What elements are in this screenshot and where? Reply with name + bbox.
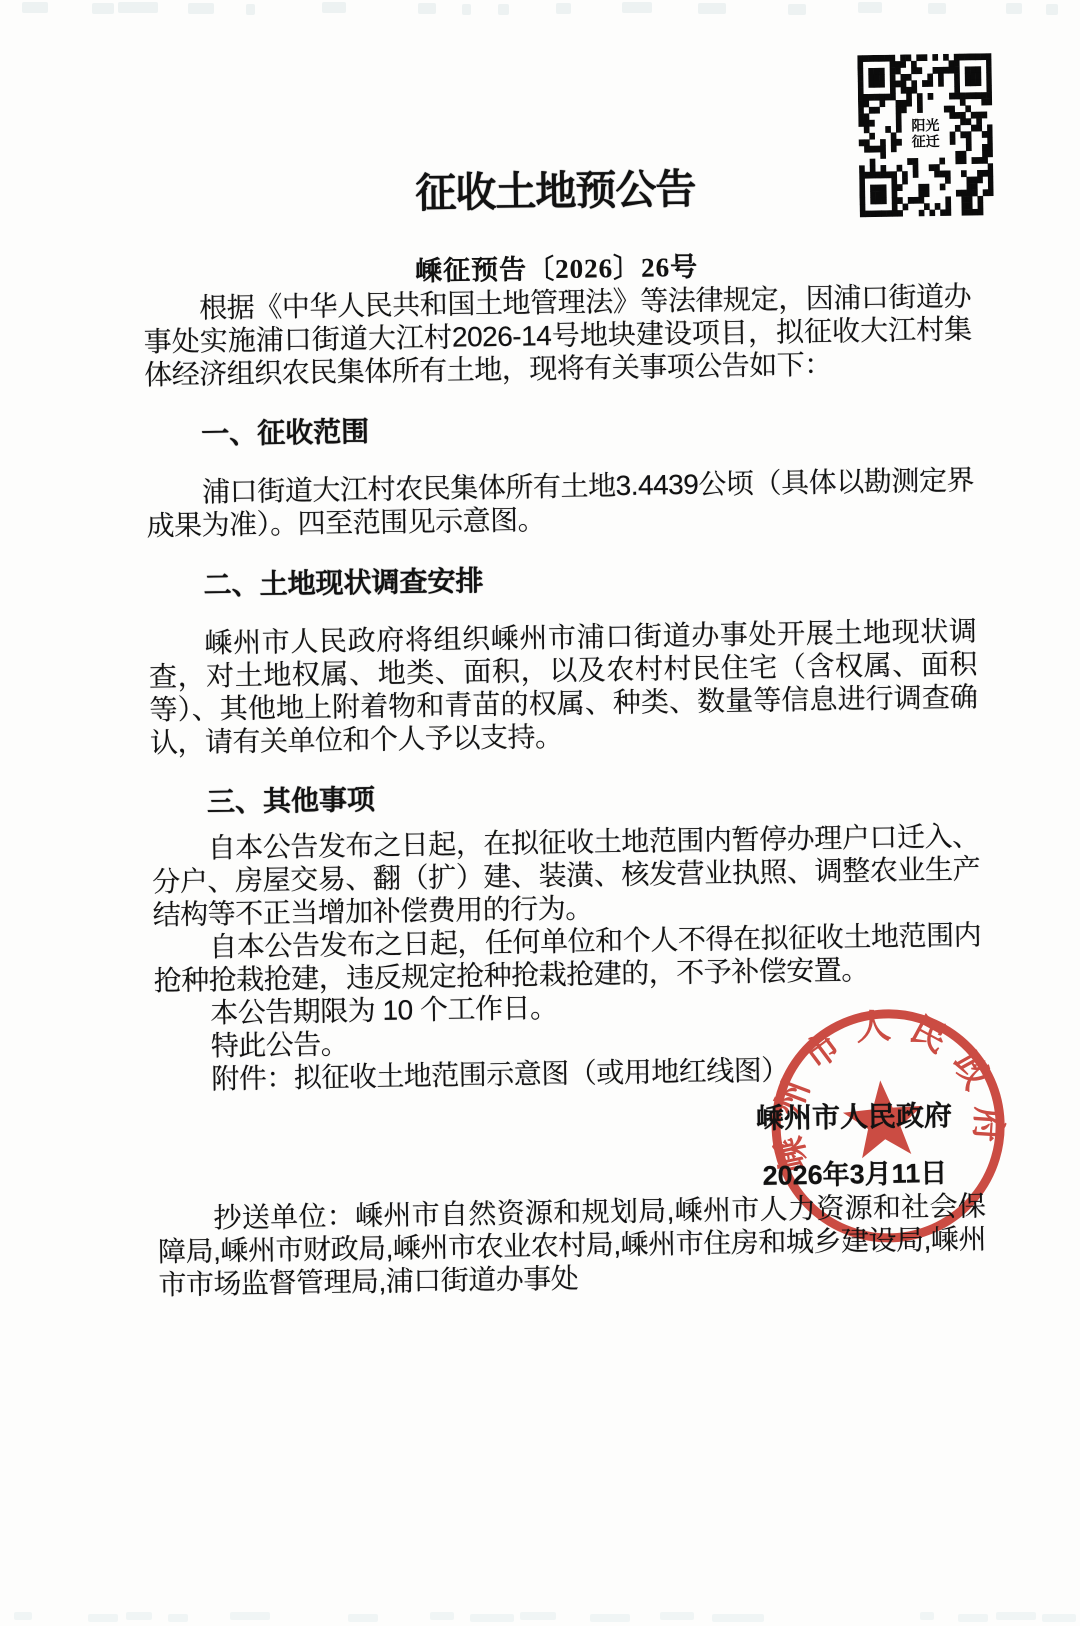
- scan-artifact: [14, 1612, 32, 1620]
- scan-artifact: [788, 4, 806, 15]
- scan-artifact: [1042, 1614, 1076, 1622]
- scan-artifact: [590, 1614, 630, 1622]
- scan-artifact: [712, 1614, 764, 1622]
- issuer-name: 嵊州市人民政府: [724, 1093, 985, 1137]
- scan-artifact: [520, 1612, 556, 1620]
- scan-artifact: [498, 4, 509, 15]
- document-title: 征收土地预公告: [141, 152, 970, 224]
- scan-artifact: [698, 3, 726, 14]
- scan-artifact: [430, 1612, 454, 1620]
- svg-text:征迁: 征迁: [912, 133, 940, 149]
- section-3-heading: 三、其他事项: [151, 773, 979, 819]
- scanned-announcement-page: 阳光征迁 征收土地预公告 嵊征预告〔2026〕26号 根据《中华人民共和国土地管…: [0, 0, 1080, 1626]
- scan-artifact: [22, 2, 48, 13]
- scan-artifact: [348, 1614, 378, 1622]
- scan-artifact: [660, 1612, 694, 1620]
- scan-artifact: [462, 4, 471, 15]
- issue-date: 2026年3月11日: [725, 1150, 986, 1193]
- scan-artifact: [928, 3, 946, 14]
- section-1-paragraph: 浦口街道大江村农民集体所有土地3.4439公顷（具体以勘测定界成果为准）。四至范…: [146, 463, 975, 542]
- scan-artifact: [168, 1614, 188, 1622]
- scan-artifact: [246, 4, 255, 15]
- scan-artifact: [1006, 3, 1022, 14]
- scan-artifact: [1046, 4, 1058, 15]
- section-2-heading: 二、土地现状调查安排: [147, 556, 975, 602]
- intro-paragraph: 根据《中华人民共和国土地管理法》等法律规定，因浦口街道办事处实施浦口街道大江村2…: [143, 280, 972, 392]
- cc-note: 抄送单位：嵊州市自然资源和规划局,嵊州市人力资源和社会保障局,嵊州市财政局,嵊州…: [157, 1189, 986, 1301]
- scan-artifact: [88, 1614, 118, 1622]
- section-2-paragraph: 嵊州市人民政府将组织嵊州市浦口街道办事处开展土地现状调查，对土地权属、地类、面积…: [148, 614, 978, 759]
- scan-artifact: [470, 1614, 514, 1622]
- qr-code: 阳光征迁: [857, 53, 994, 217]
- scan-artifact: [556, 3, 571, 14]
- svg-text:阳光: 阳光: [911, 117, 939, 133]
- scan-artifact: [418, 3, 436, 14]
- scan-artifact: [322, 2, 346, 13]
- signature-block: 嵊州市人民政府 2026年3月11日: [724, 1093, 985, 1193]
- scan-artifact: [126, 1612, 152, 1620]
- scan-artifact: [230, 1612, 270, 1620]
- scan-artifact: [958, 1614, 988, 1622]
- scan-artifact: [92, 3, 114, 14]
- section-3-paragraph-2: 自本公告发布之日起，任何单位和个人不得在拟征收土地范围内抢种抢栽抢建，违反规定抢…: [153, 918, 982, 997]
- document-body: 阳光征迁 征收土地预公告 嵊征预告〔2026〕26号 根据《中华人民共和国土地管…: [138, 0, 986, 1301]
- scan-artifact: [188, 3, 214, 14]
- scan-artifact: [858, 2, 882, 13]
- scan-artifact: [622, 2, 652, 13]
- section-1-heading: 一、征收范围: [145, 405, 973, 451]
- section-3-paragraph-1: 自本公告发布之日起，在拟征收土地范围内暂停办理户口迁入、分户、房屋交易、翻（扩）…: [151, 819, 980, 931]
- scan-artifact: [920, 1612, 934, 1620]
- scan-artifact: [996, 1612, 1036, 1620]
- scan-artifact: [118, 2, 158, 13]
